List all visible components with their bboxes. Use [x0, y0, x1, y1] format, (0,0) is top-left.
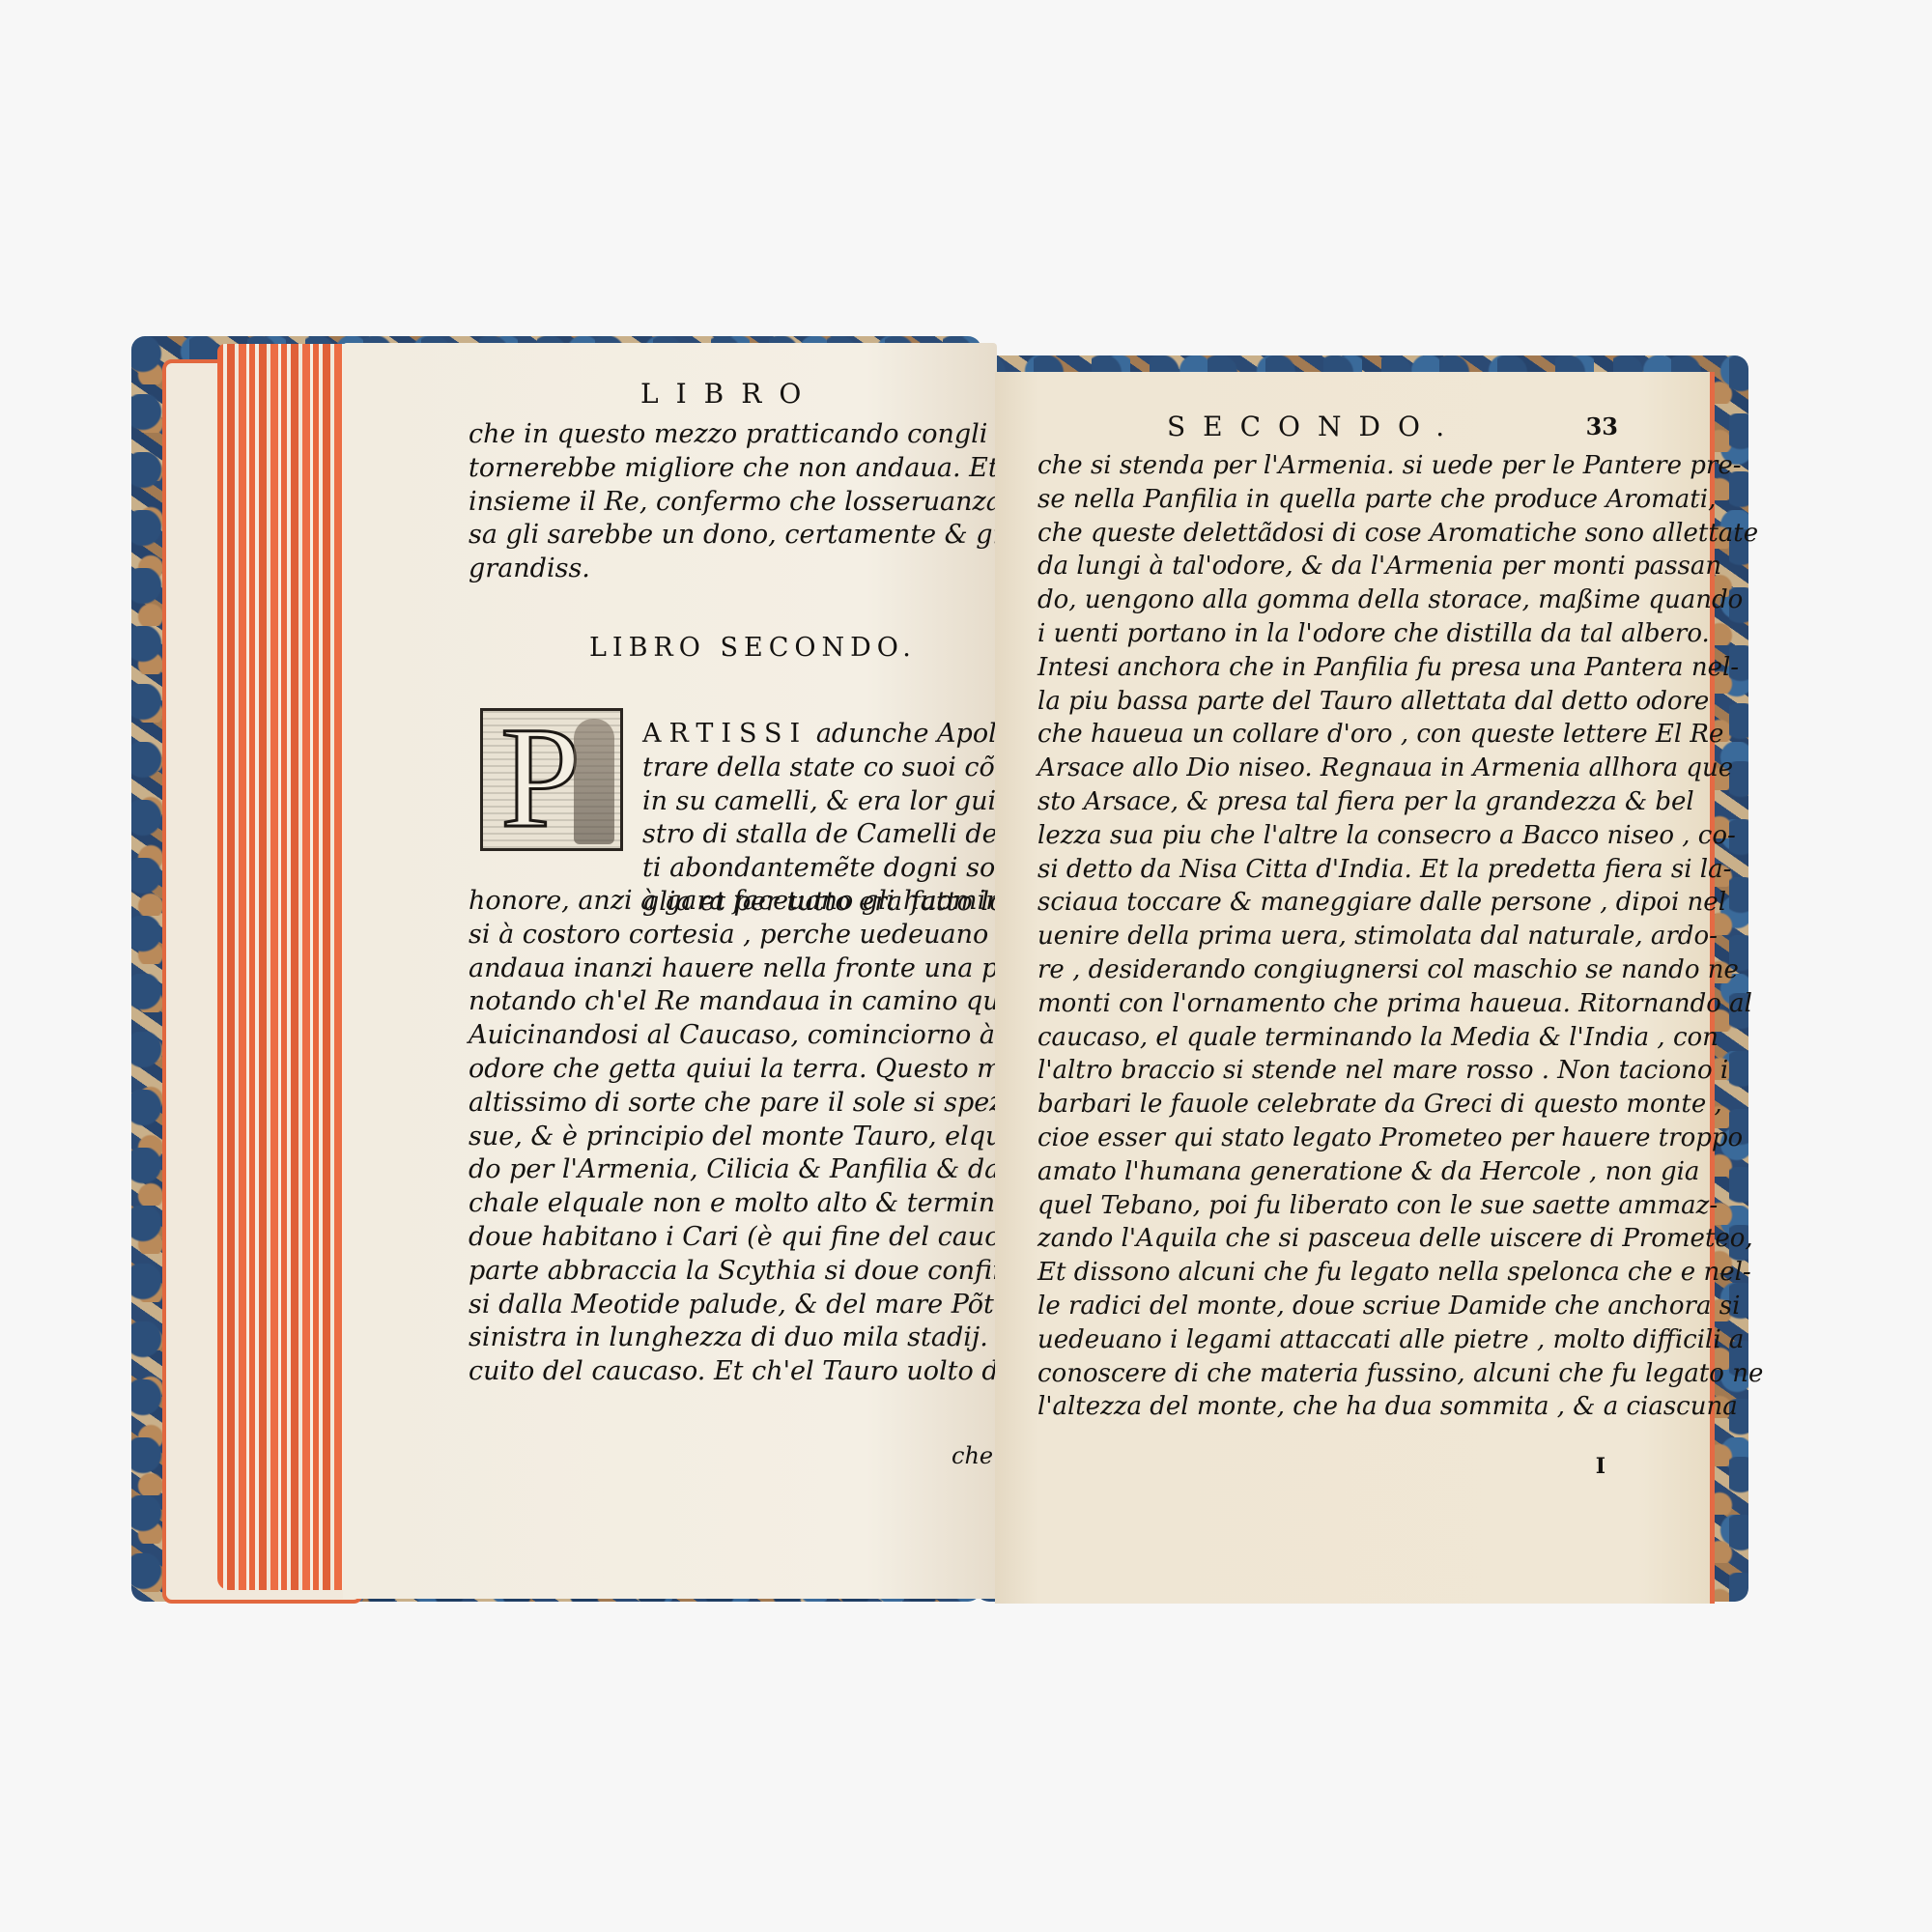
chapter-title: LIBRO SECONDO. — [589, 633, 917, 663]
text-line: uenire della prima uera, stimolata dal n… — [1037, 920, 1763, 953]
first-word: ARTISSI — [642, 719, 808, 749]
text-line: quel Tebano, poi fu liberato con le sue … — [1037, 1189, 1763, 1223]
text-line: la piu bassa parte del Tauro allettata d… — [1037, 685, 1763, 719]
right-page: SECONDO. 33 che si stenda per l'Armenia.… — [995, 372, 1715, 1604]
right-paragraph: che si stenda per l'Armenia. si uede per… — [1037, 449, 1763, 1424]
text-line: amato l'humana generatione & da Hercole … — [1037, 1155, 1763, 1189]
text-line: monti con l'ornamento che prima haueua. … — [1037, 987, 1763, 1021]
catchword: che — [952, 1442, 993, 1469]
running-head-right: SECONDO. — [1167, 411, 1462, 442]
left-page: LIBRO che in questo mezzo pratticando co… — [343, 343, 997, 1599]
text-line: l'altezza del monte, che ha dua sommita … — [1037, 1390, 1763, 1424]
text-line: che queste delettãdosi di cose Aromatich… — [1037, 517, 1763, 551]
text-line: zando l'Aquila che si pasceua delle uisc… — [1037, 1222, 1763, 1256]
running-head-left: LIBRO — [640, 378, 818, 410]
text-line: Intesi anchora che in Panfilia fu presa … — [1037, 651, 1763, 685]
text-line: barbari le fauole celebrate da Greci di … — [1037, 1088, 1763, 1122]
page-number: 33 — [1586, 412, 1618, 440]
text-line: cioe esser qui stato legato Prometeo per… — [1037, 1122, 1763, 1155]
text-line: conoscere di che materia fussino, alcuni… — [1037, 1357, 1763, 1391]
text-line: lezza sua piu che l'altre la consecro a … — [1037, 819, 1763, 853]
text-line: che haueua un collare d'oro , con queste… — [1037, 718, 1763, 752]
woodcut-figure-icon — [574, 719, 614, 844]
text-line: sto Arsace, & presa tal fiera per la gra… — [1037, 785, 1763, 819]
text-line: sciaua toccare & maneggiare dalle person… — [1037, 886, 1763, 920]
text-line: l'altro braccio si stende nel mare rosso… — [1037, 1054, 1763, 1088]
text-line: caucaso, el quale terminando la Media & … — [1037, 1021, 1763, 1055]
text-line: se nella Panfilia in quella parte che pr… — [1037, 483, 1763, 517]
text-line: Arsace allo Dio niseo. Regnaua in Armeni… — [1037, 752, 1763, 785]
drop-cap-letter: P — [500, 705, 581, 850]
text-line: do, uengono alla gomma della storace, ma… — [1037, 583, 1763, 617]
text-line: da lungi à tal'odore, & da l'Armenia per… — [1037, 550, 1763, 583]
red-stained-page-edges — [217, 344, 353, 1590]
text-line: re , desiderando congiugnersi col maschi… — [1037, 953, 1763, 987]
signature-mark: I — [1596, 1454, 1605, 1479]
text-line: i uenti portano in la l'odore che distil… — [1037, 617, 1763, 651]
text-line: che si stenda per l'Armenia. si uede per… — [1037, 449, 1763, 483]
text-line: uedeuano i legami attaccati alle pietre … — [1037, 1323, 1763, 1357]
text-line: si detto da Nisa Citta d'India. Et la pr… — [1037, 853, 1763, 887]
text-line: le radici del monte, doue scriue Damide … — [1037, 1290, 1763, 1323]
woodcut-initial: P — [480, 708, 623, 851]
text-line: Et dissono alcuni che fu legato nella sp… — [1037, 1256, 1763, 1290]
